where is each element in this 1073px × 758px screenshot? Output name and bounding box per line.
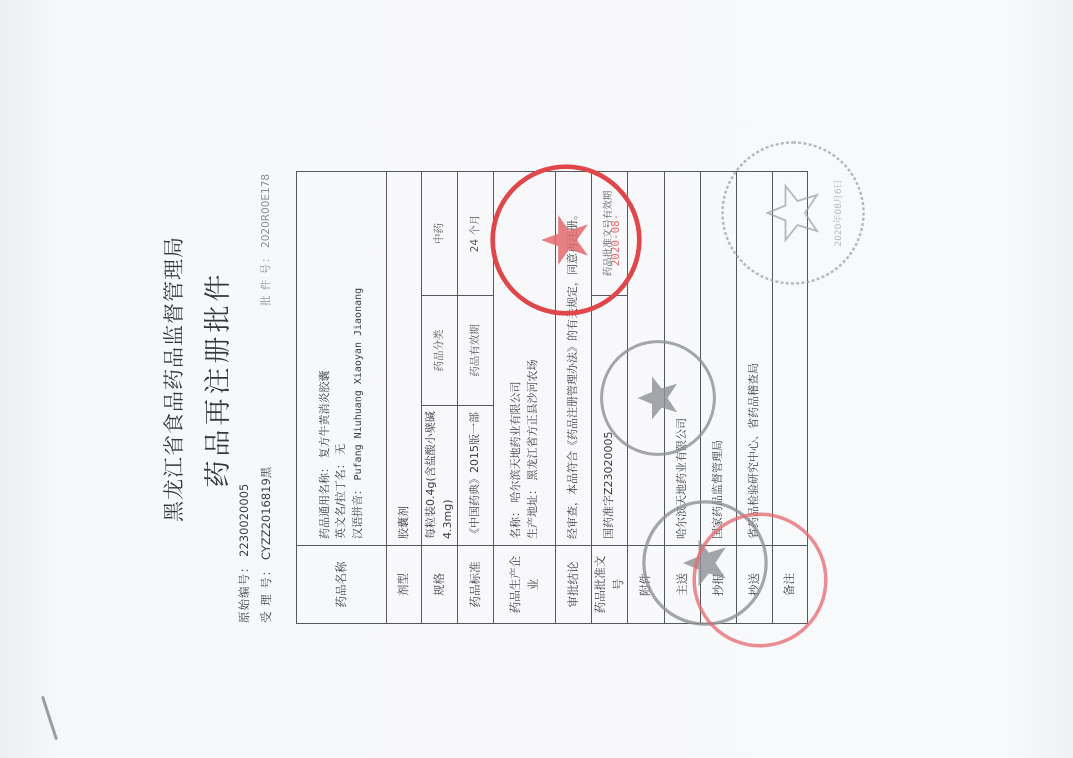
approval-validity-label: 药品批准文号有效期: [602, 178, 616, 289]
approval-document-number: 批 件 号： 2020R00E178: [258, 174, 273, 306]
specification-label: 规格: [422, 546, 458, 624]
table-row: 药品标准 《中国药典》2015版一部 药品有效期 24 个月: [458, 171, 494, 623]
table-row: 规格 每粒装0.4g(含盐酸小檗碱 4.3mg) 药品分类 中药: [422, 171, 458, 623]
table-row: 抄报 国家药品监督管理局: [701, 171, 737, 623]
attachment-label: 附件: [628, 546, 665, 624]
approval-number-row-label: 药品批准文号: [592, 546, 628, 624]
generic-name-value: 复方牛黄消炎胶囊: [318, 371, 331, 459]
manufacturer-name-value: 哈尔滨天地药业有限公司: [509, 382, 522, 503]
classification-value: 中药: [422, 171, 458, 295]
distribution-label-cc: 抄送: [737, 546, 773, 624]
approval-number-value: 2020R00E178: [260, 174, 272, 248]
english-name: 英文名/拉丁名： 无: [333, 178, 350, 539]
remarks-value: [773, 171, 808, 545]
pinyin-label: 汉语拼音：: [351, 484, 364, 539]
generic-name: 药品通用名称： 复方牛黄消炎胶囊: [317, 178, 334, 539]
table-row: 药品生产企业 名称： 哈尔滨天地药业有限公司 生产地址： 黑龙江省方正县沙河农场: [494, 171, 556, 623]
approval-table: 药品名称 药品通用名称： 复方牛黄消炎胶囊 英文名/拉丁名： 无 汉语拼音： P…: [296, 171, 808, 624]
acceptance-number-value: CYZZ2016819黑: [259, 467, 273, 560]
manufacturer-cell: 名称： 哈尔滨天地药业有限公司 生产地址： 黑龙江省方正县沙河农场: [494, 171, 556, 545]
english-name-value: 无: [334, 444, 347, 455]
table-row: 主送 哈尔滨天地药业有限公司: [665, 171, 701, 623]
table-row: 审批结论 经审查，本品符合《药品注册管理办法》的有关规定，同意再注册。: [556, 171, 592, 623]
specification-line-1: 每粒装0.4g(含盐酸小檗碱: [423, 412, 440, 539]
manufacturer-label: 药品生产企业: [494, 546, 556, 624]
drug-name-label: 药品名称: [297, 546, 387, 624]
remarks-label: 备注: [773, 546, 808, 624]
agency-name: 黑龙江省食品药品监督管理局: [158, 0, 188, 758]
distribution-value-main: 哈尔滨天地药业有限公司: [665, 171, 701, 545]
pinyin-value: Pufang Niuhuang Xiaoyan Jiaonang: [353, 288, 364, 481]
classification-label: 药品分类: [422, 296, 458, 406]
dosage-form-value: 胶囊剂: [387, 171, 422, 545]
manufacturer-address-value: 黑龙江省方正县沙河农场: [526, 360, 539, 481]
scanned-page: 黑龙江省食品药品监督管理局 药品再注册批件 原始编号： 2230020005 受…: [0, 0, 1073, 758]
conclusion-text: 经审查，本品符合《药品注册管理办法》的有关规定，同意再注册。: [556, 171, 592, 545]
manufacturer-name-label: 名称：: [509, 506, 522, 539]
dosage-form-label: 剂型: [387, 546, 422, 624]
document-title: 药品再注册批件: [196, 0, 235, 758]
pinyin-name: 汉语拼音： Pufang Niuhuang Xiaoyan Jiaonang: [350, 178, 367, 539]
approval-validity: 药品批准文号有效期: [592, 171, 628, 295]
original-number: 原始编号： 2230020005: [236, 484, 252, 623]
specification-line-2: 4.3mg): [440, 412, 457, 539]
svg-text:2020年08月6日: 2020年08月6日: [832, 179, 844, 246]
table-row: 备注: [773, 171, 808, 623]
table-row: 抄送 省药品检验研究中心、省药品稽查局: [737, 171, 773, 623]
approval-number-label: 批 件 号：: [260, 251, 272, 306]
distribution-label-report: 抄报: [701, 546, 737, 624]
table-row: 剂型 胶囊剂: [387, 171, 422, 623]
distribution-value-report: 国家药品监督管理局: [701, 171, 737, 545]
manufacturer-name: 名称： 哈尔滨天地药业有限公司: [508, 178, 525, 539]
generic-name-label: 药品通用名称：: [318, 462, 331, 539]
attachment-value: [628, 171, 665, 545]
shelf-life-label: 药品有效期: [458, 296, 494, 406]
original-number-label: 原始编号：: [237, 561, 251, 624]
standard-label: 药品标准: [458, 546, 494, 624]
specification-value: 每粒装0.4g(含盐酸小檗碱 4.3mg): [422, 406, 458, 546]
standard-value: 《中国药典》2015版一部: [458, 406, 494, 546]
table-row: 药品批准文号 国药准字Z23020005 药品批准文号有效期: [592, 171, 628, 623]
acceptance-number: 受 理 号： CYZZ2016819黑: [258, 467, 274, 623]
distribution-label-main: 主送: [665, 546, 701, 624]
acceptance-number-label: 受 理 号：: [259, 564, 273, 623]
distribution-value-cc: 省药品检验研究中心、省药品稽查局: [737, 171, 773, 545]
approval-number-row-value: 国药准字Z23020005: [592, 296, 628, 546]
original-number-value: 2230020005: [237, 484, 251, 557]
shelf-life-value: 24 个月: [458, 171, 494, 295]
table-row: 药品名称 药品通用名称： 复方牛黄消炎胶囊 英文名/拉丁名： 无 汉语拼音： P…: [297, 171, 387, 623]
manufacturer-address: 生产地址： 黑龙江省方正县沙河农场: [525, 178, 542, 539]
manufacturer-address-label: 生产地址：: [526, 484, 539, 539]
english-name-label: 英文名/拉丁名：: [334, 458, 347, 539]
approval-document: 黑龙江省食品药品监督管理局 药品再注册批件 原始编号： 2230020005 受…: [0, 0, 1073, 758]
conclusion-label: 审批结论: [556, 546, 592, 624]
table-row: 附件: [628, 171, 665, 623]
drug-name-cell: 药品通用名称： 复方牛黄消炎胶囊 英文名/拉丁名： 无 汉语拼音： Pufang…: [297, 171, 387, 545]
